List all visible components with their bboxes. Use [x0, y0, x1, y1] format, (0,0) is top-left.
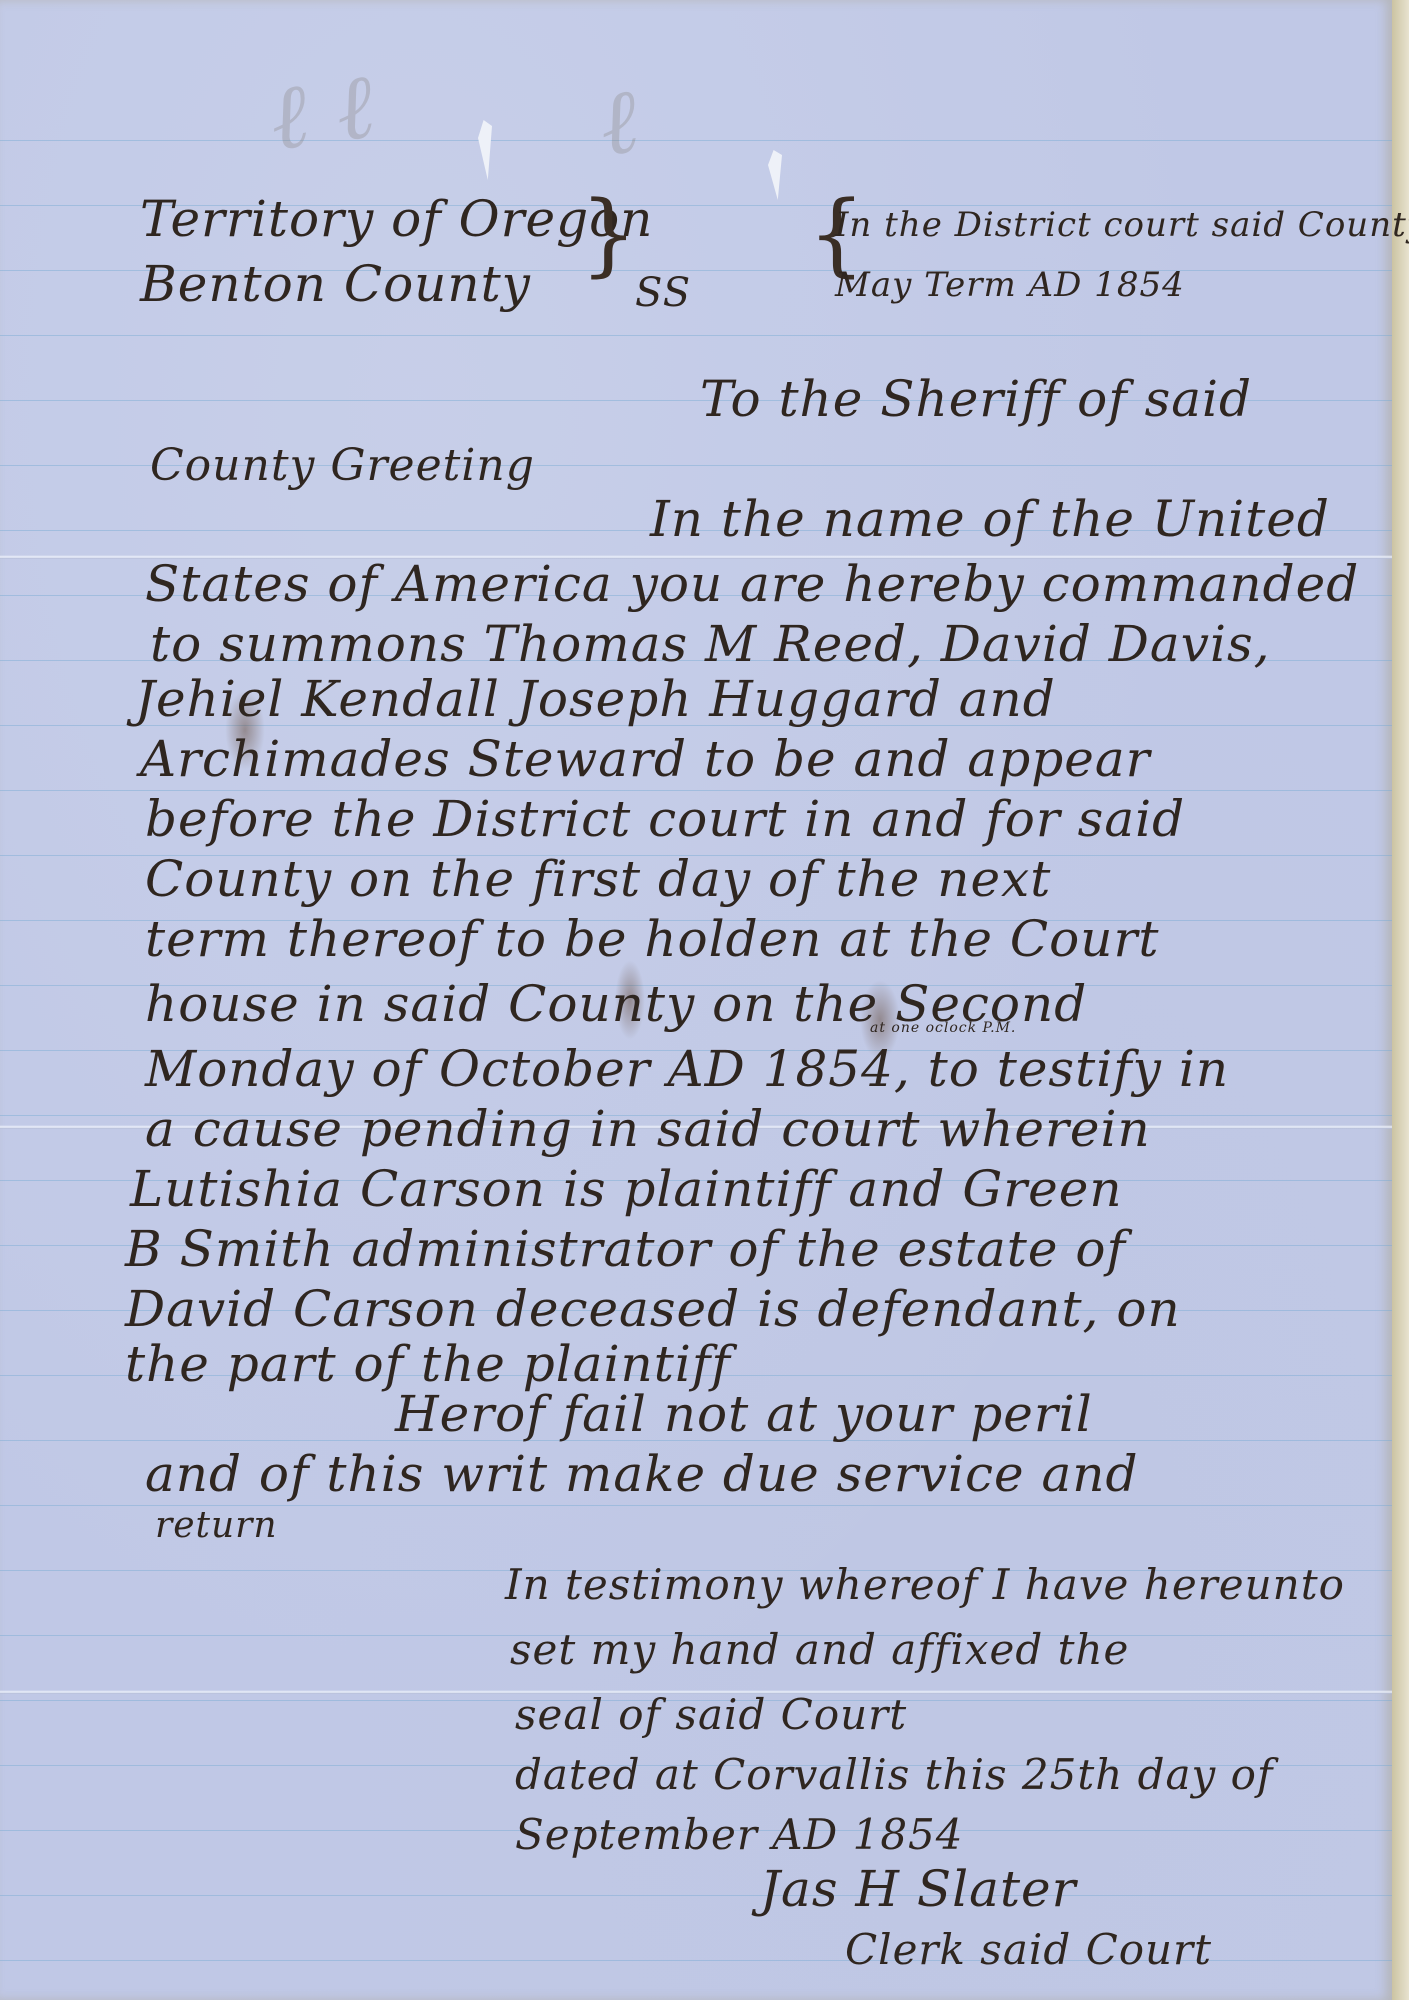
closing-line-1: Herof fail not at your peril: [395, 1385, 1093, 1443]
body-line: In the name of the United: [650, 490, 1330, 548]
signature-name: Jas H Slater: [760, 1860, 1077, 1918]
body-line: B Smith administrator of the estate of: [125, 1220, 1126, 1278]
closing-line-2: and of this writ make due service and: [145, 1445, 1139, 1503]
bleed-through-ink: ℓ ℓ: [263, 53, 380, 171]
address-line-1: To the Sheriff of said: [700, 370, 1252, 428]
venue-territory: Territory of Oregon: [140, 190, 653, 248]
brace-left: }: [580, 190, 637, 280]
address-line-2: County Greeting: [150, 440, 535, 491]
ruled-line: [0, 335, 1392, 336]
bleed-through-ink: ℓ: [593, 68, 645, 177]
page-edge: [1392, 0, 1409, 2000]
venue-county: Benton County: [140, 255, 531, 313]
body-line: Monday of October AD 1854, to testify in: [145, 1040, 1229, 1098]
body-line: David Carson deceased is defendant, on: [125, 1280, 1181, 1338]
body-line: term thereof to be holden at the Court: [145, 910, 1159, 968]
ruled-line: [0, 140, 1392, 141]
testimony-line: set my hand and affixed the: [510, 1625, 1129, 1674]
court-heading: In the District court said County: [835, 205, 1409, 245]
body-line: Lutishia Carson is plaintiff and Green: [130, 1160, 1123, 1218]
interlineation: at one oclock P.M.: [870, 1020, 1016, 1036]
manuscript-page: ℓ ℓ ℓ Territory of Oregon Benton County …: [0, 0, 1392, 2000]
body-line: Archimades Steward to be and appear: [140, 730, 1151, 788]
testimony-line: In testimony whereof I have hereunto: [505, 1560, 1345, 1609]
body-line: Jehiel Kendall Joseph Huggard and: [135, 670, 1056, 728]
signature-title: Clerk said Court: [845, 1925, 1212, 1974]
testimony-line: dated at Corvallis this 25th day of: [515, 1750, 1273, 1799]
body-line: before the District court in and for sai…: [145, 790, 1185, 848]
ruled-line: [0, 1895, 1392, 1896]
paper-tear: [768, 150, 782, 200]
body-line: County on the first day of the next: [145, 850, 1051, 908]
term-heading: May Term AD 1854: [835, 265, 1185, 305]
body-line: a cause pending in said court wherein: [145, 1100, 1151, 1158]
testimony-line: seal of said Court: [515, 1690, 907, 1739]
body-line: to summons Thomas M Reed, David Davis,: [150, 615, 1271, 673]
paper-tear: [478, 120, 492, 180]
ss-mark: SS: [635, 270, 691, 316]
closing-line-3: return: [155, 1505, 278, 1546]
testimony-line: September AD 1854: [515, 1810, 963, 1859]
body-line: States of America you are hereby command…: [145, 555, 1359, 613]
